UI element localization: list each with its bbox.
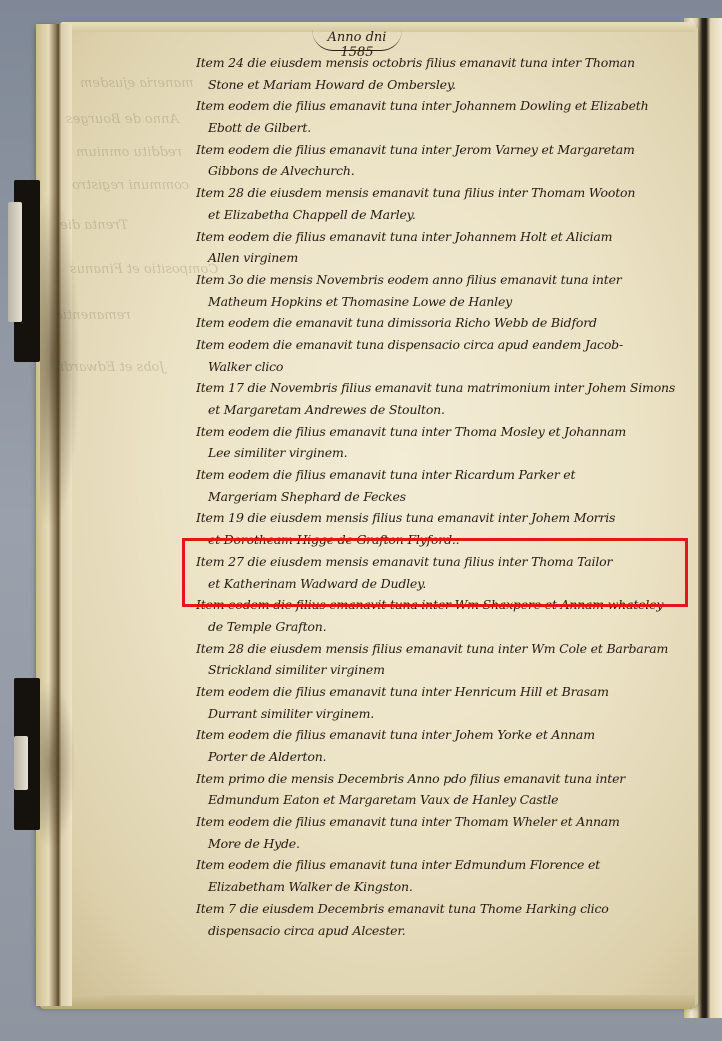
entry-continuation-line: de Temple Grafton. bbox=[196, 616, 688, 638]
entry-continuation-line: et Margaretam Andrewes de Stoulton. bbox=[196, 399, 688, 421]
entry-continuation-line: Allen virginem bbox=[196, 247, 688, 269]
page-heading: Anno dni 1585 bbox=[312, 30, 402, 51]
entry-line: Item 19 die eiusdem mensis filius tuna e… bbox=[196, 507, 688, 529]
entry-line: Item primo die mensis Decembris Anno pdo… bbox=[196, 768, 688, 790]
bleed-through-text: Anno de Bourges bbox=[66, 112, 179, 127]
entry-continuation-line: dispensacio circa apud Alcester. bbox=[196, 920, 688, 942]
entry-line: Item eodem die filius emanavit tuna inte… bbox=[196, 421, 688, 443]
bleed-through-text: maneria ejusdem bbox=[80, 76, 194, 91]
entry-line: Item 24 die eiusdem mensis octobris fili… bbox=[196, 52, 688, 74]
entry-line: Item eodem die emanavit tuna dimissoria … bbox=[196, 312, 688, 334]
entry-continuation-line: Elizabetham Walker de Kingston. bbox=[196, 876, 688, 898]
binder-clip-bottom bbox=[14, 678, 40, 830]
entry-continuation-line: More de Hyde. bbox=[196, 833, 688, 855]
register-entries: Item 24 die eiusdem mensis octobris fili… bbox=[196, 52, 688, 941]
entry-line: Item 7 die eiusdem Decembris emanavit tu… bbox=[196, 898, 688, 920]
entry-line: Item eodem die filius emanavit tuna inte… bbox=[196, 95, 688, 117]
entry-line: Item eodem die filius emanavit tuna inte… bbox=[196, 464, 688, 486]
entry-continuation-line: Strickland similiter virginem bbox=[196, 659, 688, 681]
entry-line: Item 3o die mensis Novembris eodem anno … bbox=[196, 269, 688, 291]
entry-continuation-line: et Elizabetha Chappell de Marley. bbox=[196, 204, 688, 226]
bleed-through-text: redditu omnium bbox=[76, 145, 182, 160]
entry-continuation-line: Matheum Hopkins et Thomasine Lowe de Han… bbox=[196, 291, 688, 313]
entry-continuation-line: Stone et Mariam Howard de Ombersley. bbox=[196, 74, 688, 96]
bleed-through-text: Trenta die bbox=[60, 218, 128, 233]
entry-line: Item 28 die eiusdem mensis emanavit tuna… bbox=[196, 182, 688, 204]
bleed-through-text: Jobs et Edwardi bbox=[60, 360, 165, 375]
bleed-through-text: remanentia bbox=[55, 308, 131, 323]
entry-continuation-line: Ebott de Gilbert. bbox=[196, 117, 688, 139]
entry-line: Item eodem die filius emanavit tuna inte… bbox=[196, 724, 688, 746]
entry-line: Item 28 die eiusdem mensis filius emanav… bbox=[196, 638, 688, 660]
highlight-annotation-box bbox=[182, 538, 688, 607]
entry-continuation-line: Durrant similiter virginem. bbox=[196, 703, 688, 725]
entry-continuation-line: Edmundum Eaton et Margaretam Vaux de Han… bbox=[196, 789, 688, 811]
entry-continuation-line: Lee similiter virginem. bbox=[196, 442, 688, 464]
entry-continuation-line: Walker clico bbox=[196, 356, 688, 378]
entry-continuation-line: Margeriam Shephard de Feckes bbox=[196, 486, 688, 508]
entry-line: Item 17 die Novembris filius emanavit tu… bbox=[196, 377, 688, 399]
entry-continuation-line: Porter de Alderton. bbox=[196, 746, 688, 768]
clip-tab bbox=[8, 202, 22, 322]
entry-line: Item eodem die filius emanavit tuna inte… bbox=[196, 681, 688, 703]
clip-shadow-stain bbox=[40, 680, 76, 850]
clip-tab bbox=[14, 736, 28, 790]
entry-line: Item eodem die filius emanavit tuna inte… bbox=[196, 854, 688, 876]
entry-line: Item eodem die filius emanavit tuna inte… bbox=[196, 226, 688, 248]
entry-line: Item eodem die filius emanavit tuna inte… bbox=[196, 139, 688, 161]
bleed-through-text: communi registro bbox=[72, 178, 189, 193]
page-bottom-edge bbox=[40, 995, 695, 1009]
binder-clip-top bbox=[14, 180, 40, 362]
entry-line: Item eodem die filius emanavit tuna inte… bbox=[196, 811, 688, 833]
entry-continuation-line: Gibbons de Alvechurch. bbox=[196, 160, 688, 182]
entry-line: Item eodem die emanavit tuna dispensacio… bbox=[196, 334, 688, 356]
